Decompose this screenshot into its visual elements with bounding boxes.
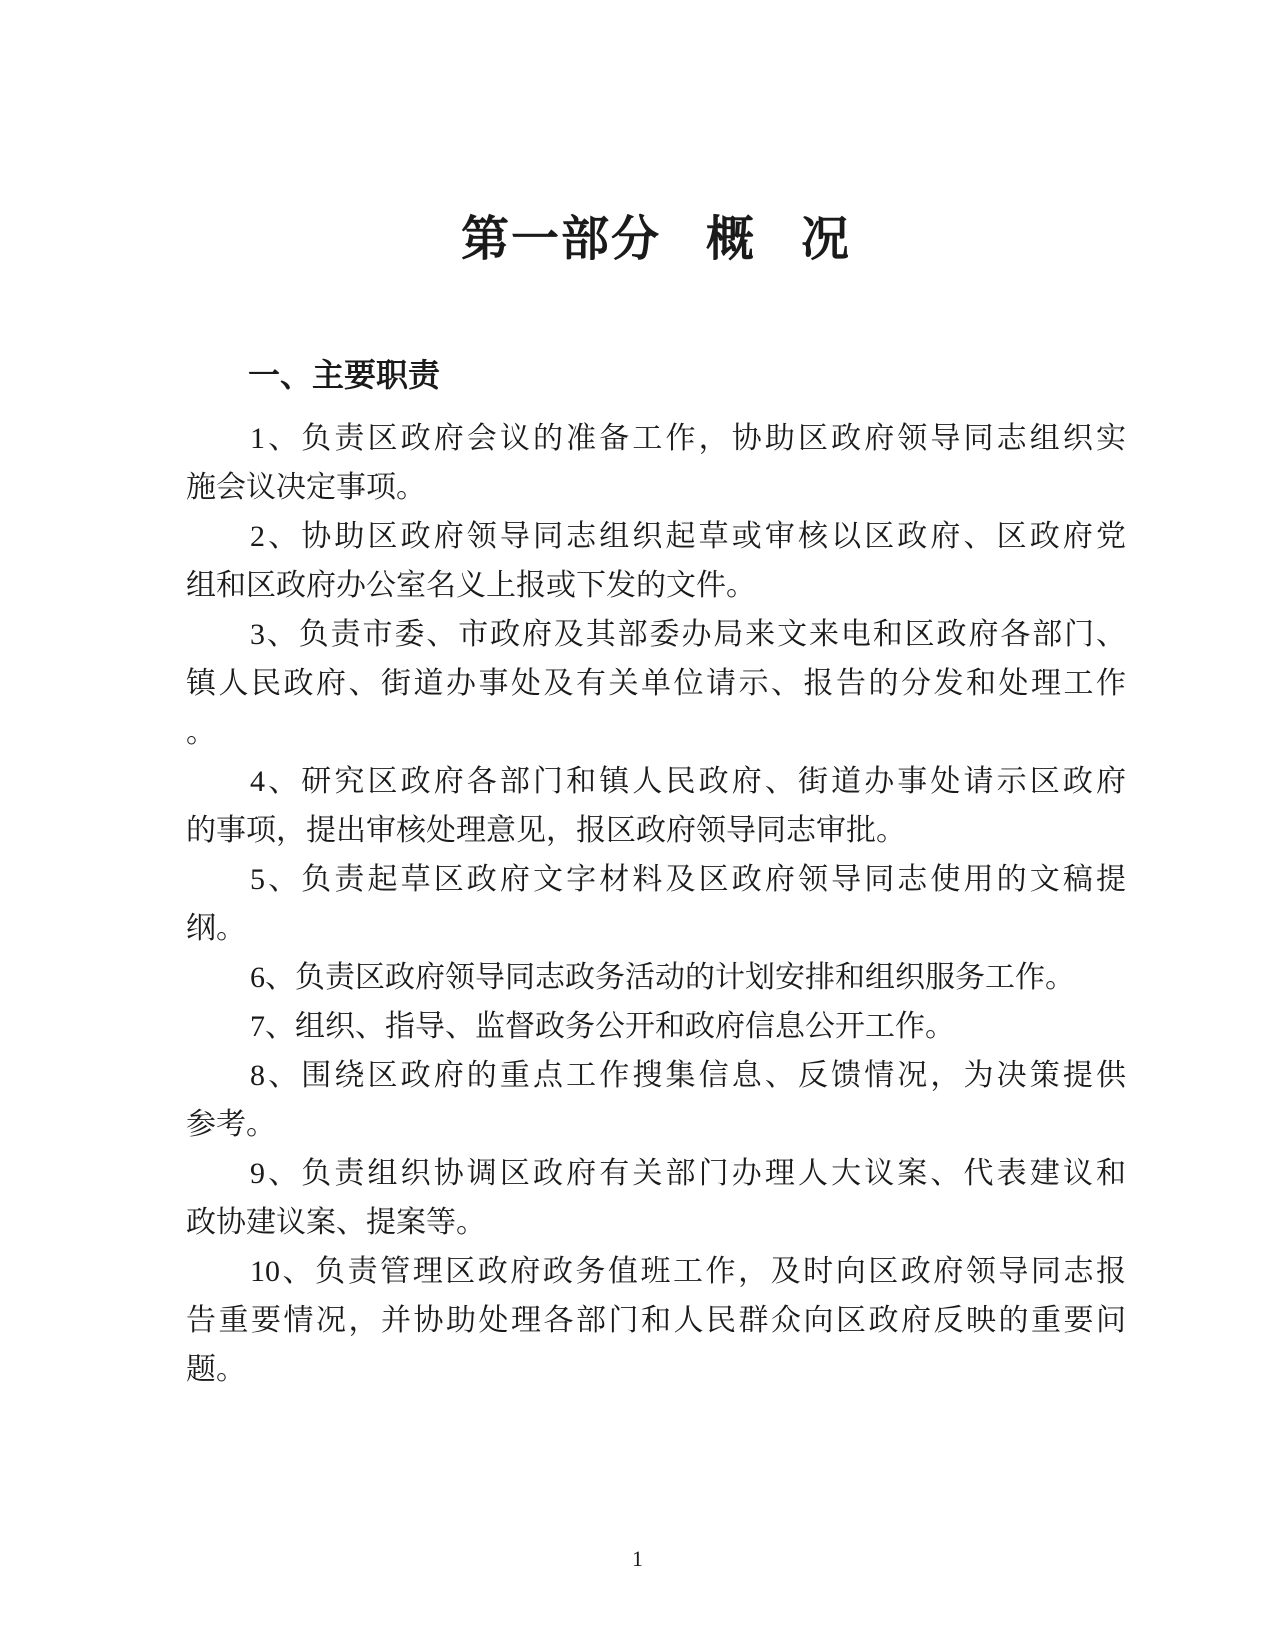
body-line: 9、负责组织协调区政府有关部门办理人大议案、代表建议和 <box>186 1149 1126 1198</box>
body-line: 10、负责管理区政府政务值班工作，及时向区政府领导同志报 <box>186 1247 1126 1296</box>
body-line: 5、负责起草区政府文字材料及区政府领导同志使用的文稿提 <box>186 855 1126 904</box>
body-line: 告重要情况，并协助处理各部门和人民群众向区政府反映的重要问 <box>186 1296 1126 1345</box>
body-line: 4、研究区政府各部门和镇人民政府、街道办事处请示区政府 <box>186 757 1126 806</box>
body-line: 8、围绕区政府的重点工作搜集信息、反馈情况，为决策提供 <box>186 1051 1126 1100</box>
body-line: 组和区政府办公室名义上报或下发的文件。 <box>186 561 1126 610</box>
body-line: 2、协助区政府领导同志组织起草或审核以区政府、区政府党 <box>186 512 1126 561</box>
body-line: 7、组织、指导、监督政务公开和政府信息公开工作。 <box>186 1002 1126 1051</box>
body-line: 政协建议案、提案等。 <box>186 1198 1126 1247</box>
page-number: 1 <box>0 1544 1275 1574</box>
body-line: 镇人民政府、街道办事处及有关单位请示、报告的分发和处理工作 <box>186 659 1126 708</box>
body-line: 6、负责区政府领导同志政务活动的计划安排和组织服务工作。 <box>186 953 1126 1002</box>
document-page: 第一部分 概 况 一、主要职责 1、负责区政府会议的准备工作，协助区政府领导同志… <box>0 0 1275 1651</box>
body-line: 的事项，提出审核处理意见，报区政府领导同志审批。 <box>186 806 1126 855</box>
body-line: 参考。 <box>186 1100 1126 1149</box>
title-part-2: 概 <box>706 210 756 270</box>
body-line: 施会议决定事项。 <box>186 463 1126 512</box>
body-text: 1、负责区政府会议的准备工作，协助区政府领导同志组织实施会议决定事项。2、协助区… <box>186 414 1126 1394</box>
section-heading: 一、主要职责 <box>186 353 1126 397</box>
document-title: 第一部分 概 况 <box>186 210 1126 270</box>
body-line: 纲。 <box>186 904 1126 953</box>
title-part-3: 况 <box>801 210 851 270</box>
title-part-1: 第一部分 <box>461 210 661 270</box>
body-line: 题。 <box>186 1345 1126 1394</box>
body-line: 3、负责市委、市政府及其部委办局来文来电和区政府各部门、 <box>186 610 1126 659</box>
body-line: 1、负责区政府会议的准备工作，协助区政府领导同志组织实 <box>186 414 1126 463</box>
body-line: 。 <box>186 708 1126 757</box>
